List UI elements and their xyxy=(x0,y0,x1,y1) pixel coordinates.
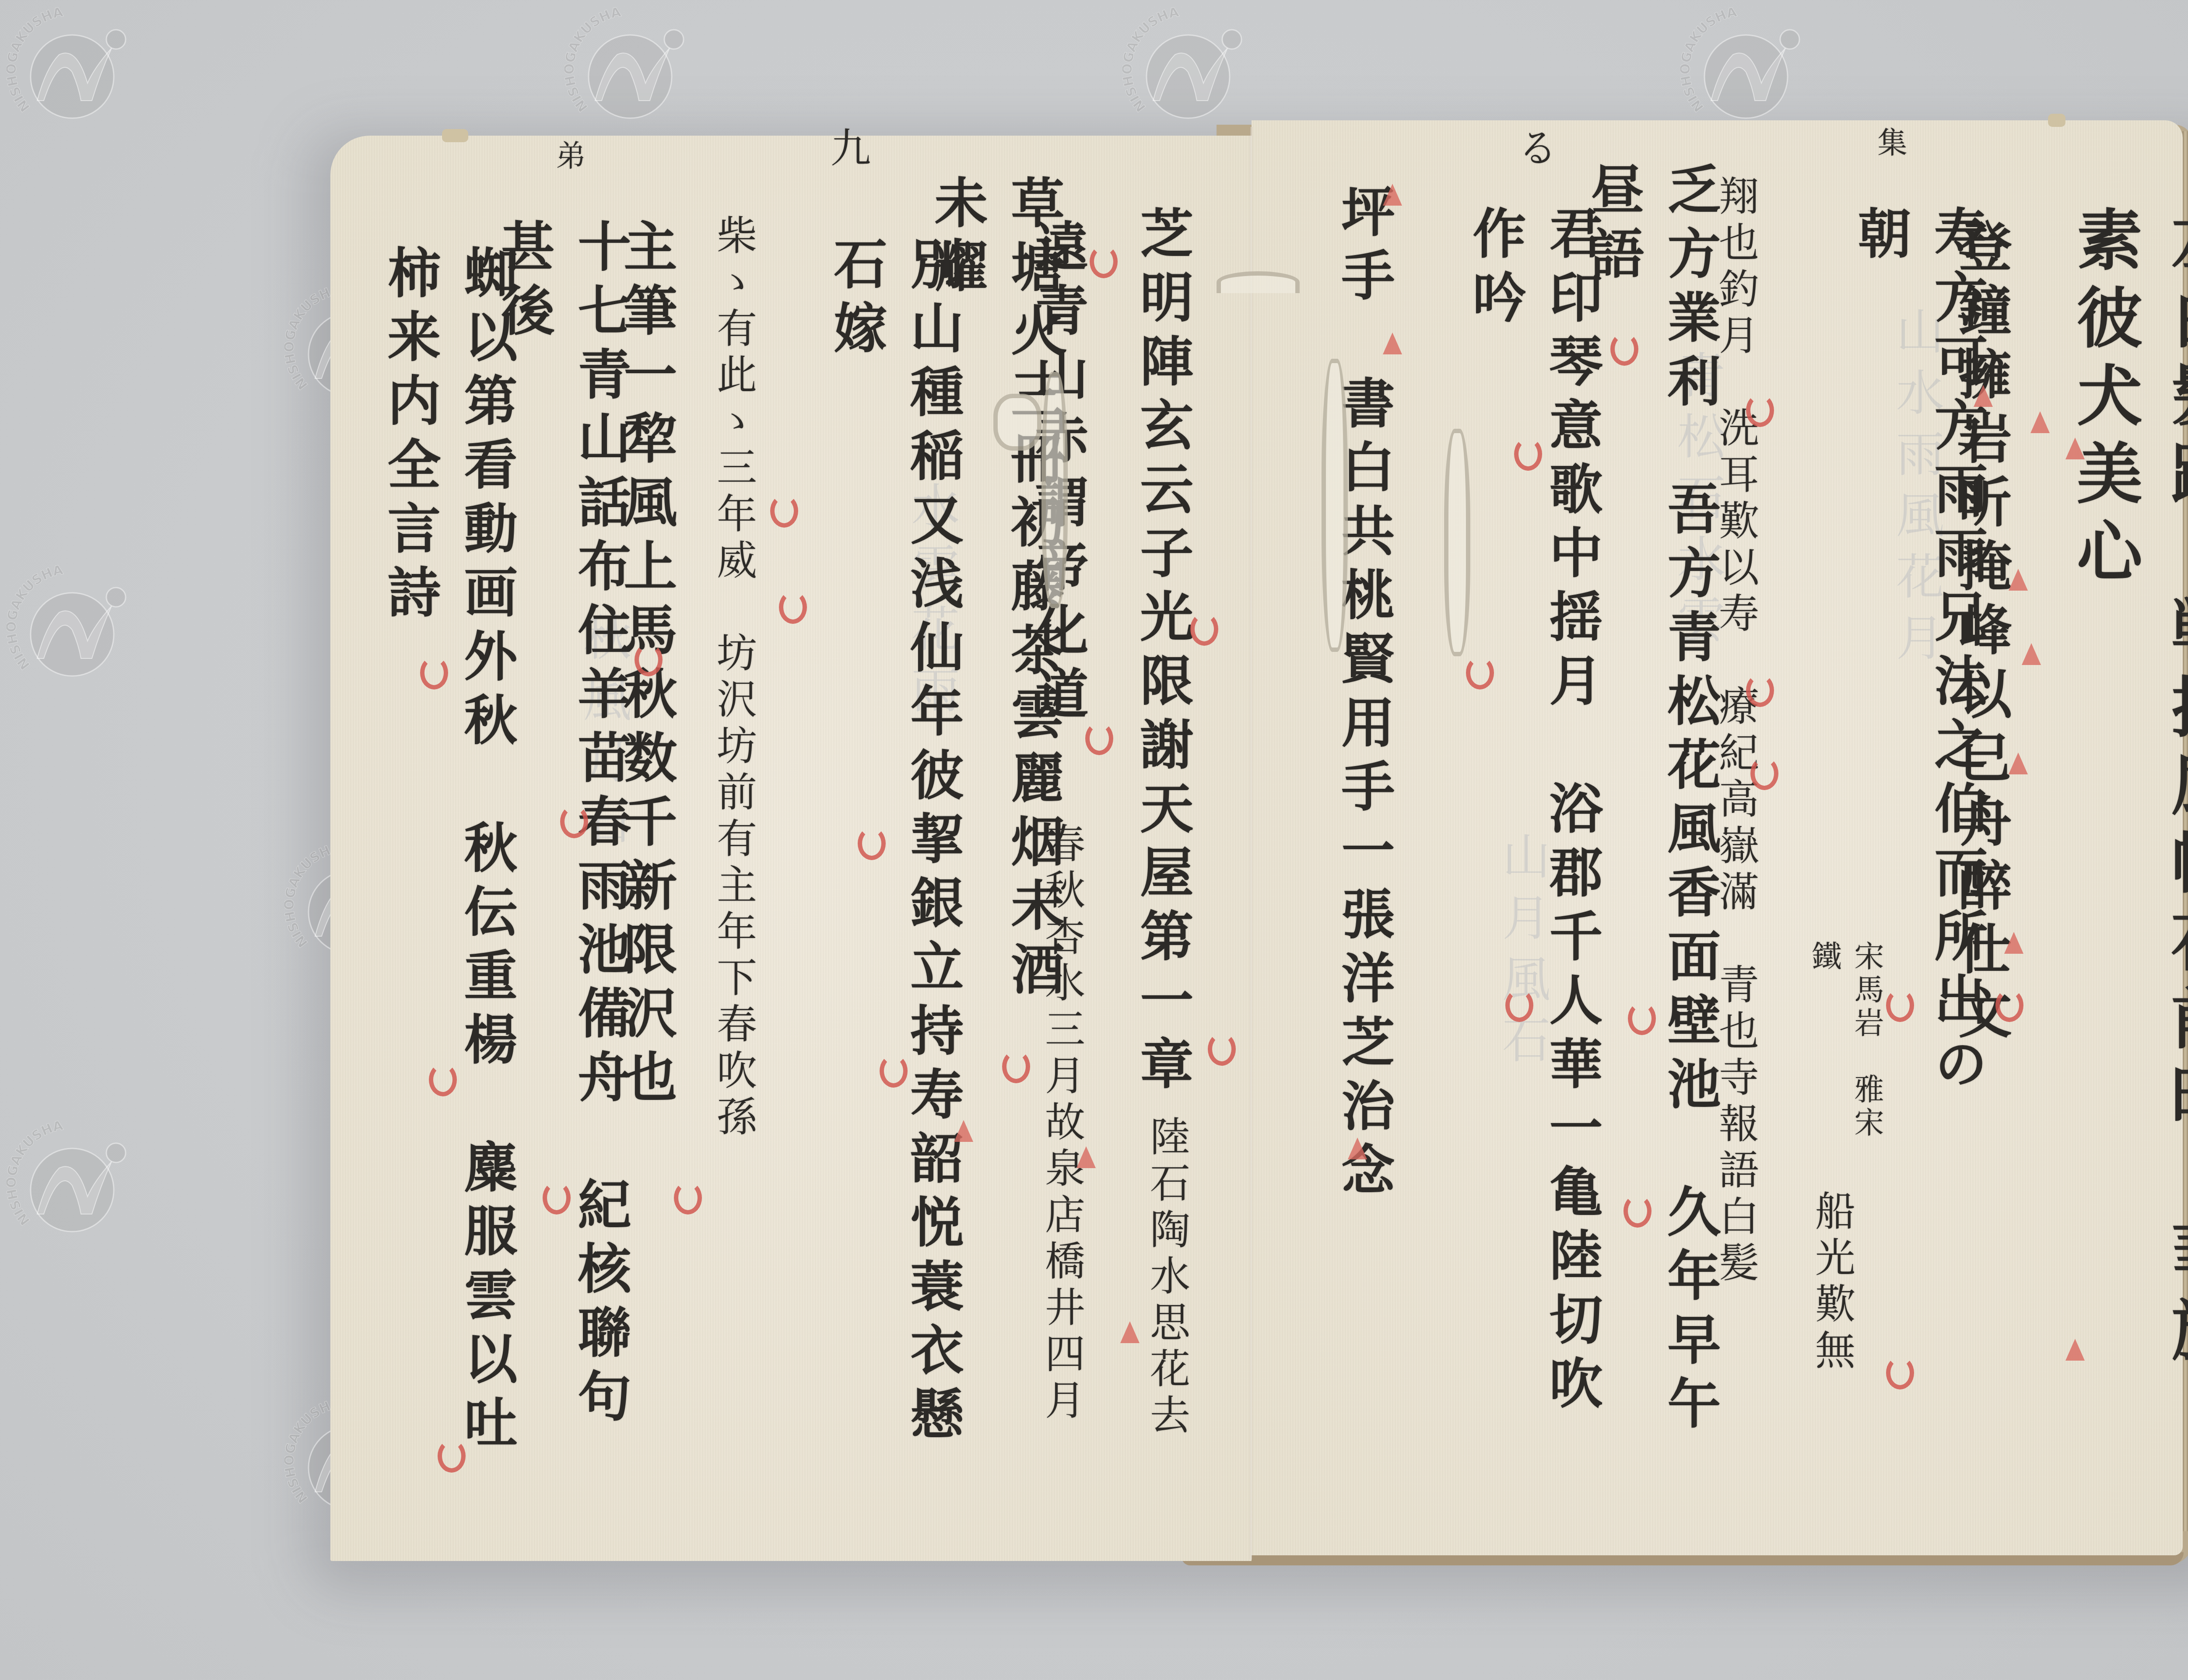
red-circle-mark xyxy=(1995,989,2023,1022)
wormhole-damage xyxy=(993,394,1041,451)
red-tick-mark xyxy=(1348,1137,1367,1159)
binding-thread xyxy=(442,129,468,142)
svg-text:NISHOGAKUSHA: NISHOGAKUSHA xyxy=(1680,7,1739,115)
header-mark: 九 xyxy=(818,127,876,173)
text-column: 陸石陶水思花去 xyxy=(1138,1116,1196,1466)
red-circle-mark xyxy=(438,1439,466,1473)
svg-text:NISHOGAKUSHA: NISHOGAKUSHA xyxy=(7,564,65,672)
nishogakusha-watermark-icon: NISHOGAKUSHA xyxy=(7,1120,138,1251)
svg-text:NISHOGAKUSHA: NISHOGAKUSHA xyxy=(565,7,623,115)
binding-thread xyxy=(2048,114,2065,127)
red-tick-mark xyxy=(2004,932,2023,954)
text-column: 君印琴意歌中揺月 浴郡千人華一亀陸切吹作吟 xyxy=(1457,206,1610,1474)
red-circle-mark xyxy=(1750,757,1778,790)
red-tick-mark xyxy=(1974,385,1993,407)
red-circle-mark xyxy=(1610,332,1638,366)
red-tick-mark xyxy=(1076,1146,1096,1168)
svg-text:NISHOGAKUSHA: NISHOGAKUSHA xyxy=(7,7,65,115)
header-mark: る xyxy=(1505,127,1563,173)
red-circle-mark xyxy=(1746,674,1774,707)
nishogakusha-watermark-icon: NISHOGAKUSHA xyxy=(1122,7,1254,138)
red-tick-mark xyxy=(2009,752,2028,774)
wormhole-damage xyxy=(1322,359,1348,652)
wormhole-damage xyxy=(1444,429,1470,656)
text-column: 左白髪蹤 戦揺風帆花前時 華旌素彼犬美心 xyxy=(2057,206,2188,1387)
tear-damage xyxy=(1217,271,1300,293)
red-circle-mark xyxy=(1514,437,1542,471)
red-tick-mark xyxy=(2065,1339,2085,1361)
red-circle-mark xyxy=(674,1181,702,1214)
red-tick-mark xyxy=(954,1120,973,1142)
header-mark: 集 xyxy=(1869,127,1911,160)
header-mark: 弟 xyxy=(547,140,589,173)
red-tick-mark xyxy=(1120,1321,1140,1343)
text-column: 蜘以第看動画外秋 秋伝重楊 麋服雲以吐柿来内全言詩 xyxy=(372,245,525,1514)
red-circle-mark xyxy=(1002,1050,1030,1083)
red-circle-mark xyxy=(429,1063,457,1096)
red-circle-mark xyxy=(1190,612,1218,646)
red-circle-mark xyxy=(635,643,663,676)
red-circle-mark xyxy=(880,1054,908,1088)
red-circle-mark xyxy=(1090,245,1118,278)
nishogakusha-watermark-icon: NISHOGAKUSHA xyxy=(7,564,138,696)
book-spine xyxy=(1250,127,1252,1560)
nishogakusha-watermark-icon: NISHOGAKUSHA xyxy=(7,7,138,138)
wormhole-damage xyxy=(1041,372,1068,608)
red-circle-mark xyxy=(770,494,798,528)
text-column: 柴ゝ有此ゝ三年威 坊沢坊前有主年下春吹孫 xyxy=(705,214,762,1439)
red-circle-mark xyxy=(1085,722,1113,755)
red-circle-mark xyxy=(1886,989,1914,1022)
red-circle-mark xyxy=(1208,1032,1236,1066)
red-circle-mark xyxy=(560,805,588,838)
svg-text:NISHOGAKUSHA: NISHOGAKUSHA xyxy=(1122,7,1181,115)
red-circle-mark xyxy=(1628,1002,1656,1035)
red-tick-mark xyxy=(1383,332,1402,354)
red-circle-mark xyxy=(858,827,886,860)
nishogakusha-watermark-icon: NISHOGAKUSHA xyxy=(565,7,696,138)
text-column-annotation: 宋馬岩 雅宋鐵 xyxy=(1803,941,1888,1159)
red-circle-mark xyxy=(1466,656,1494,689)
svg-text:NISHOGAKUSHA: NISHOGAKUSHA xyxy=(7,1120,65,1228)
text-column: 別山種稲又浅仙年彼挈銀立持寿韶悦蓑衣懸石嫁 xyxy=(818,236,971,1505)
red-tick-mark xyxy=(2065,437,2085,459)
red-tick-mark xyxy=(1383,184,1402,206)
red-tick-mark xyxy=(2022,643,2041,665)
red-tick-mark xyxy=(2030,411,2050,433)
red-circle-mark xyxy=(543,1181,571,1214)
red-circle-mark xyxy=(1886,1356,1914,1389)
red-circle-mark xyxy=(420,656,448,689)
red-circle-mark xyxy=(779,591,807,624)
text-column: 船光歎無 xyxy=(1803,1190,1861,1452)
red-tick-mark xyxy=(2009,569,2028,591)
red-circle-mark xyxy=(1623,1194,1652,1228)
red-circle-mark xyxy=(1746,394,1774,427)
nishogakusha-watermark-icon: NISHOGAKUSHA xyxy=(1680,7,1812,138)
text-column: 芝明陣玄云子光限謝天屋第一章 xyxy=(1125,206,1201,1124)
red-circle-mark xyxy=(1505,989,1533,1022)
